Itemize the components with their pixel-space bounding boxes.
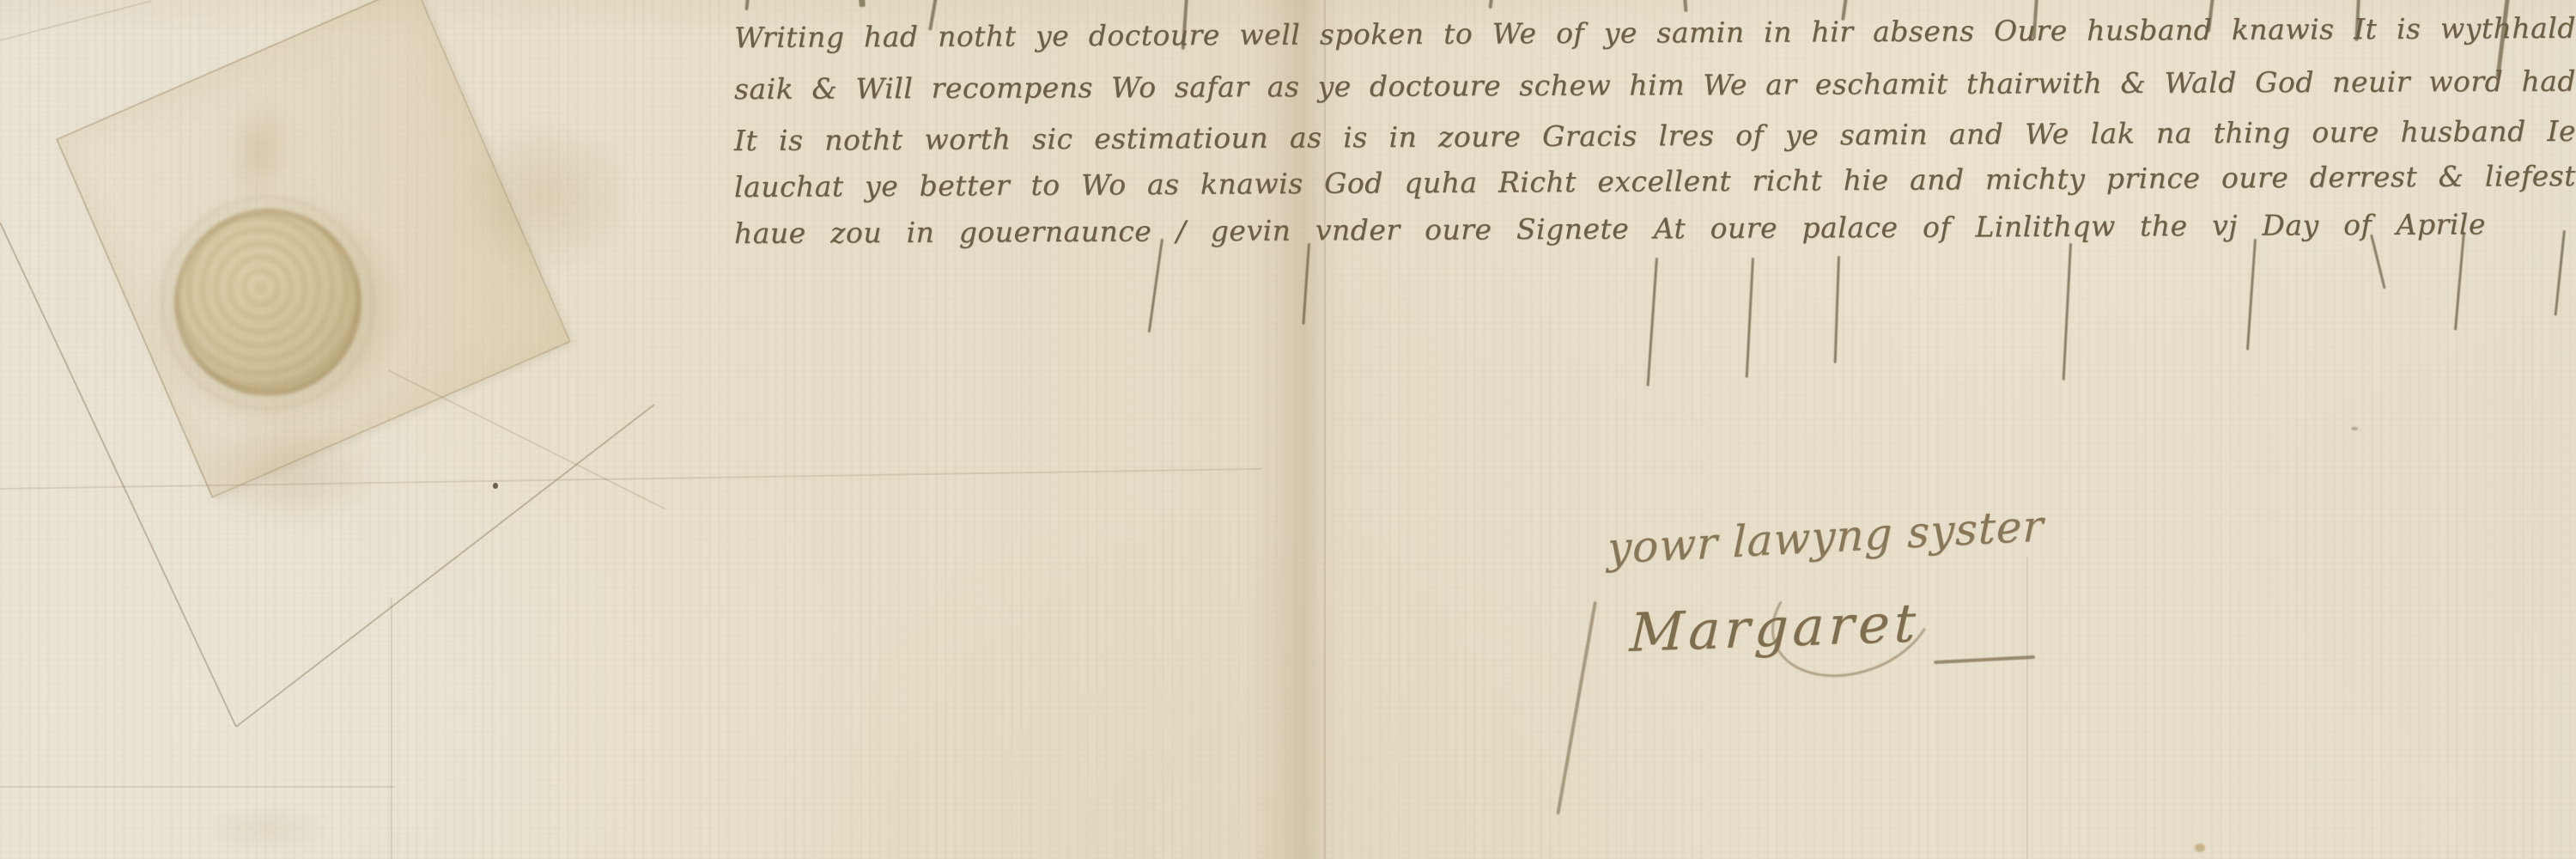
descender-flourish <box>1647 258 1658 387</box>
seal-lower-stain <box>174 402 408 541</box>
top-ink-fragment <box>744 0 750 10</box>
manuscript-line-3: It is notht worth sic estimatioun as is … <box>734 114 2576 167</box>
descender-flourish <box>2246 239 2257 350</box>
corner-edge-top-left <box>0 0 151 41</box>
descender-flourish <box>2555 230 2566 316</box>
manuscript-line-2: saik & Will recompens Wo safar as ye doc… <box>734 64 2576 115</box>
small-crease-mark <box>2351 427 2358 430</box>
top-ink-fragment <box>859 0 866 7</box>
papered-wax-seal-icon <box>174 209 361 396</box>
crease-vertical-right <box>2026 557 2028 859</box>
top-ink-fragment <box>1683 0 1688 12</box>
manuscript-line-5-dateline: haue zou in gouernaunce / gevin vnder ou… <box>734 207 2486 259</box>
fold-edge-vertical <box>391 597 392 859</box>
ink-speck <box>493 483 498 489</box>
brown-stain-speck <box>2195 844 2205 852</box>
manuscript-letter-page: Writing had notht ye doctoure well spoke… <box>0 0 2576 859</box>
signature-lead-flourish <box>1556 601 1597 815</box>
manuscript-line-4: lauchat ye better to Wo as knawis God qu… <box>734 159 2576 213</box>
signature-t-cross-stroke <box>1934 655 2035 664</box>
descender-flourish <box>2063 243 2072 381</box>
faint-smudge <box>189 799 343 859</box>
top-ink-fragment <box>1489 0 1493 9</box>
manuscript-line-1: Writing had notht ye doctoure well spoke… <box>734 11 2576 64</box>
seal-corner-stain <box>428 96 661 295</box>
fold-edge-middle <box>388 369 666 509</box>
crease-horizontal-left <box>0 786 395 788</box>
descender-flourish <box>1746 258 1754 378</box>
descender-flourish <box>1834 256 1840 363</box>
